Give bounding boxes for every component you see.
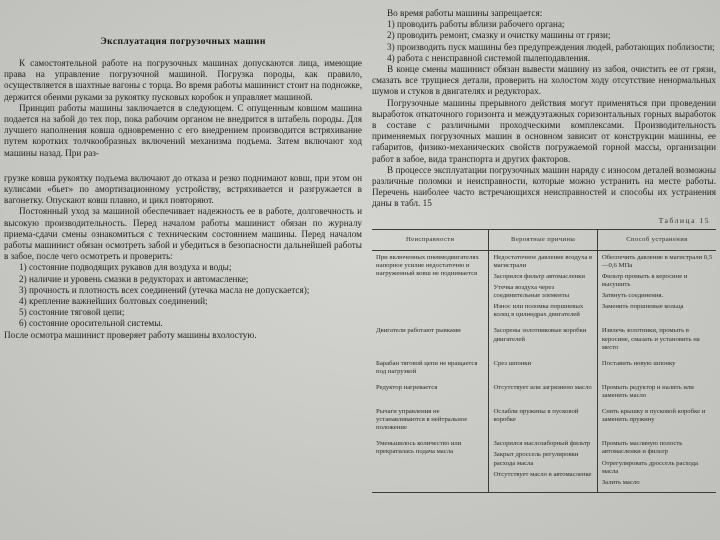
cell-line: Извлечь золотники, промыть в керосине, с… xyxy=(602,327,713,351)
cell-line: Барабан тяговой цепи не вращается под на… xyxy=(376,360,485,376)
cell-line: Поставить новую шпонку xyxy=(602,360,713,368)
fault-cell: Редуктор нагревается xyxy=(372,381,489,405)
cell-line: Промыть редуктор и налить или заменить м… xyxy=(602,384,713,400)
cell-line: Отсутствует масло в автомасленке xyxy=(493,471,593,479)
table-header-row: НеисправностиВероятные причиныСпособ уст… xyxy=(372,229,716,250)
paragraph: 4) крепление важнейших болтовых соединен… xyxy=(4,296,362,307)
causes-cell: Ослабли пружины в пусковой коробке xyxy=(489,405,597,437)
paragraph: Постоянный уход за машиной обеспечивает … xyxy=(4,206,362,262)
cell-line: Засорены золотниковые коробки двигателей xyxy=(493,327,593,343)
scanned-book-spread: Эксплуатация погрузочных машин К самосто… xyxy=(0,0,720,540)
cell-line: Промыть масляную полость автомасленки и … xyxy=(602,440,713,456)
fault-cell: Барабан тяговой цепи не вращается под на… xyxy=(372,357,489,381)
remedies-cell: Промыть редуктор и налить или заменить м… xyxy=(597,381,716,405)
cell-line: Износ или поломка поршневых колец в цили… xyxy=(493,303,593,319)
remedies-cell: Извлечь золотники, промыть в керосине, с… xyxy=(597,324,716,356)
table-row: Барабан тяговой цепи не вращается под на… xyxy=(372,357,716,381)
left-page-paragraphs: К самостоятельной работе на погрузочных … xyxy=(4,58,362,341)
remedies-cell: Поставить новую шпонку xyxy=(597,357,716,381)
paragraph: 6) состояние оросительной системы. xyxy=(4,318,362,329)
cell-line: Засорился фильтр автомасленки xyxy=(493,273,593,281)
cell-line: Снять крышку в пусковой коробке и замени… xyxy=(602,408,713,424)
column-header: Неисправности xyxy=(372,229,489,250)
cell-line: Двигатели работают рывками xyxy=(376,327,485,335)
faults-table-body: При включенных пневмодвигателях напорное… xyxy=(372,250,716,492)
cell-line: Редуктор нагревается xyxy=(376,384,485,392)
faults-table-header: НеисправностиВероятные причиныСпособ уст… xyxy=(372,229,716,250)
column-header: Способ устранения xyxy=(597,229,716,250)
remedies-cell: Снять крышку в пусковой коробке и замени… xyxy=(597,405,716,437)
paragraph: 3) прочность и плотность всех соединений… xyxy=(4,285,362,296)
right-page-paragraphs: Во время работы машины запрещается:1) пр… xyxy=(372,8,716,210)
right-page: Во время работы машины запрещается:1) пр… xyxy=(372,8,716,493)
cell-line: Залить масло xyxy=(602,479,713,487)
remedies-cell: Обеспечить давление в магистрали 0,5—0,6… xyxy=(597,250,716,324)
cell-line: Заменить поршневые кольца xyxy=(602,303,713,311)
cell-line: Недостаточное давление воздуха в магистр… xyxy=(493,254,593,270)
left-page: Эксплуатация погрузочных машин К самосто… xyxy=(4,36,362,341)
table-row: Двигатели работают рывкамиЗасорены золот… xyxy=(372,324,716,356)
paragraph: После осмотра машинист проверяет работу … xyxy=(4,330,362,341)
cell-line: Ослабли пружины в пусковой коробке xyxy=(493,408,593,424)
causes-cell: Срез шпонки xyxy=(489,357,597,381)
column-header: Вероятные причины xyxy=(489,229,597,250)
cell-line: Фильтр промыть в керосине и высушить xyxy=(602,273,713,289)
paragraph: 1) состояние подводящих рукавов для возд… xyxy=(4,262,362,273)
cell-line: Срез шпонки xyxy=(493,360,593,368)
paragraph: В конце смены машинист обязан вывести ма… xyxy=(372,64,716,98)
cell-line: Отрегулировать дроссель расхода масла xyxy=(602,460,713,476)
paragraph: 1) проводить работы вблизи рабочего орга… xyxy=(372,19,716,30)
cell-line: Закрыт дроссель регулировки расхода масл… xyxy=(493,451,593,467)
table-row: Редуктор нагреваетсяОтсутствует или загр… xyxy=(372,381,716,405)
cell-line: Затянуть соединения. xyxy=(602,292,713,300)
paragraph: К самостоятельной работе на погрузочных … xyxy=(4,58,362,103)
paragraph: Погрузочные машины прерывного действия м… xyxy=(372,98,716,165)
paragraph: В процессе эксплуатации погрузочных маши… xyxy=(372,165,716,210)
paragraph: Во время работы машины запрещается: xyxy=(372,8,716,19)
cell-line: Засорился маслозаборный фильтр xyxy=(493,440,593,448)
causes-cell: Отсутствует или загрязнено масло xyxy=(489,381,597,405)
cell-line: Уменьшилось количество или прекратилась … xyxy=(376,440,485,456)
cell-line: Утечка воздуха через соединительные элем… xyxy=(493,284,593,300)
faults-table: НеисправностиВероятные причиныСпособ уст… xyxy=(372,229,716,493)
paragraph: 4) работа с неисправной системой пылепод… xyxy=(372,53,716,64)
page-title: Эксплуатация погрузочных машин xyxy=(4,36,362,47)
table-row: Рычаги управления не устанавливаются в н… xyxy=(372,405,716,437)
table-row: При включенных пневмодвигателях напорное… xyxy=(372,250,716,324)
fault-cell: Рычаги управления не устанавливаются в н… xyxy=(372,405,489,437)
paragraph: 2) проводить ремонт, смазку и очистку ма… xyxy=(372,30,716,41)
cell-line: Отсутствует или загрязнено масло xyxy=(493,384,593,392)
fault-cell: При включенных пневмодвигателях напорное… xyxy=(372,250,489,324)
fault-cell: Двигатели работают рывками xyxy=(372,324,489,356)
cell-line: Обеспечить давление в магистрали 0,5—0,6… xyxy=(602,254,713,270)
cell-line: Рычаги управления не устанавливаются в н… xyxy=(376,408,485,432)
causes-cell: Засорены золотниковые коробки двигателей xyxy=(489,324,597,356)
cell-line: При включенных пневмодвигателях напорное… xyxy=(376,254,485,278)
paragraph: грузке ковша рукоятку подъема включают д… xyxy=(4,173,362,207)
causes-cell: Засорился маслозаборный фильтрЗакрыт дро… xyxy=(489,437,597,492)
fault-cell: Уменьшилось количество или прекратилась … xyxy=(372,437,489,492)
paragraph: 5) состояние тяговой цепи; xyxy=(4,307,362,318)
paragraph: 2) наличие и уровень смазки в редукторах… xyxy=(4,274,362,285)
remedies-cell: Промыть масляную полость автомасленки и … xyxy=(597,437,716,492)
paragraph: Принцип работы машины заключается в след… xyxy=(4,103,362,159)
paragraph: 3) производить пуск машины без предупреж… xyxy=(372,42,716,53)
table-row: Уменьшилось количество или прекратилась … xyxy=(372,437,716,492)
causes-cell: Недостаточное давление воздуха в магистр… xyxy=(489,250,597,324)
table-caption: Таблица 15 xyxy=(372,216,710,225)
